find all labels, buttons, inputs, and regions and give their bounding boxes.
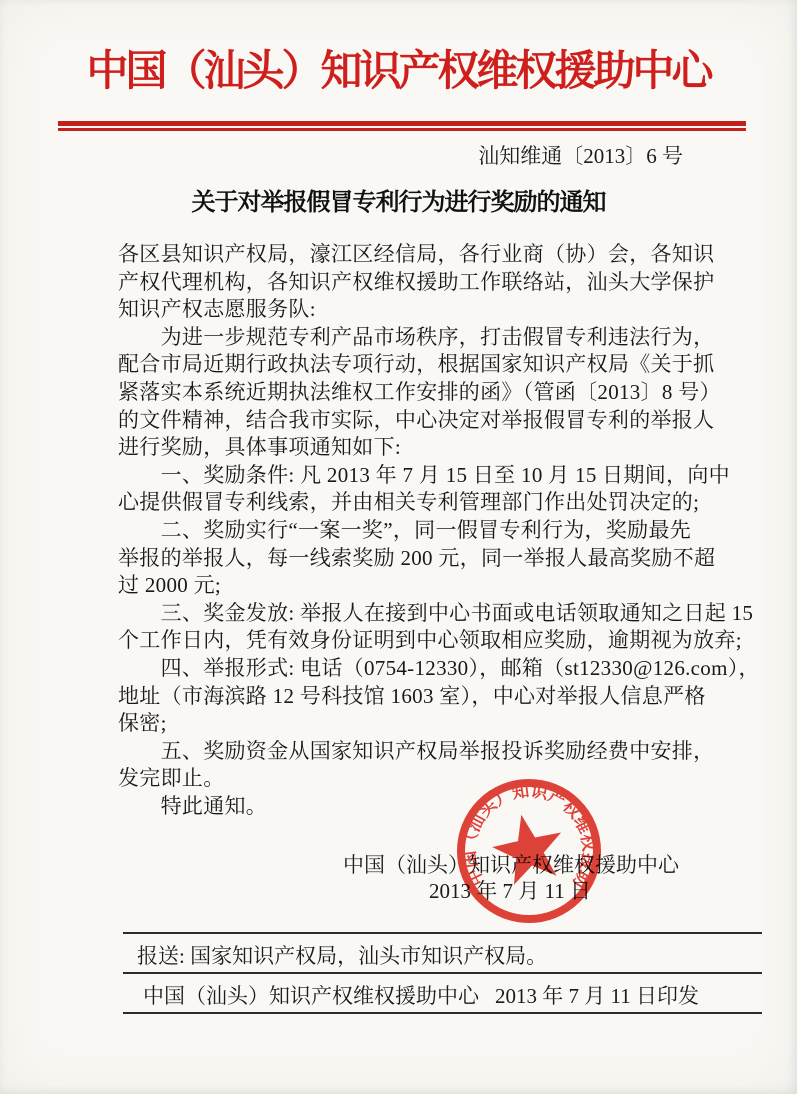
body-line: 的文件精神，结合我市实际，中心决定对举报假冒专利的举报人 — [118, 407, 728, 435]
letterhead-divider — [58, 121, 746, 131]
body-line: 知识产权志愿服务队: — [118, 296, 728, 324]
scanned-official-notice: 中国（汕头）知识产权维权援助中心 汕知维通〔2013〕6 号 关于对举报假冒专利… — [0, 0, 797, 1094]
footer-print-date: 2013 年 7 月 11 日印发 — [495, 980, 699, 1010]
body-line: 为进一步规范专利产品市场秩序，打击假冒专利违法行为， — [118, 324, 728, 352]
body-line: 心提供假冒专利线索，并由相关专利管理部门作出处罚决定的; — [118, 489, 728, 517]
footer-issuer: 中国（汕头）知识产权维权援助中心 — [143, 980, 479, 1010]
body-line: 保密; — [118, 710, 728, 738]
body-line: 特此通知。 — [118, 793, 728, 821]
letterhead-org-name: 中国（汕头）知识产权维权援助中心 — [0, 38, 797, 98]
body-line: 产权代理机构，各知识产权维权援助工作联络站，汕头大学保护 — [118, 269, 728, 297]
footer-divider-top — [123, 932, 762, 934]
body-line: 各区县知识产权局，濠江区经信局，各行业商（协）会，各知识 — [118, 241, 728, 269]
body-line: 发完即止。 — [118, 765, 728, 793]
official-red-seal: 中国（汕头）知识产权维权援助中心 — [455, 777, 603, 925]
footer-divider-bottom — [123, 1012, 762, 1014]
footer-print-row: 中国（汕头）知识产权维权援助中心 2013 年 7 月 11 日印发 — [143, 980, 699, 1010]
notice-title: 关于对举报假冒专利行为进行奖励的通知 — [0, 182, 797, 217]
body-line: 三、奖金发放: 举报人在接到中心书面或电话领取通知之日起 15 — [118, 600, 728, 628]
seal-star-icon — [487, 807, 570, 887]
body-line: 举报的举报人，每一线索奖励 200 元，同一举报人最高奖励不超 — [118, 545, 728, 573]
body-line: 紧落实本系统近期执法维权工作安排的函》（管函〔2013〕8 号） — [118, 379, 728, 407]
body-line: 四、举报形式: 电话（0754-12330），邮箱（st12330@126.co… — [118, 655, 728, 683]
body-line: 二、奖励实行“一案一奖”，同一假冒专利行为，奖励最先 — [118, 517, 728, 545]
notice-body: 各区县知识产权局，濠江区经信局，各行业商（协）会，各知识 产权代理机构，各知识产… — [118, 241, 728, 820]
body-line: 地址（市海滨路 12 号科技馆 1603 室），中心对举报人信息严格 — [118, 683, 728, 711]
footer-divider-middle — [123, 972, 762, 974]
body-line: 进行奖励，具体事项通知如下: — [118, 434, 728, 462]
body-line: 过 2000 元; — [118, 572, 728, 600]
body-line: 一、奖励条件: 凡 2013 年 7 月 15 日至 10 月 15 日期间，向… — [118, 462, 728, 490]
document-number: 汕知维通〔2013〕6 号 — [0, 140, 683, 170]
body-line: 配合市局近期行政执法专项行动，根据国家知识产权局《关于抓 — [118, 351, 728, 379]
footer-cc-line: 报送: 国家知识产权局，汕头市知识产权局。 — [137, 940, 547, 970]
body-line: 五、奖励资金从国家知识产权局举报投诉奖励经费中安排， — [118, 738, 728, 766]
body-line: 个工作日内，凭有效身份证明到中心领取相应奖励，逾期视为放弃; — [118, 627, 728, 655]
